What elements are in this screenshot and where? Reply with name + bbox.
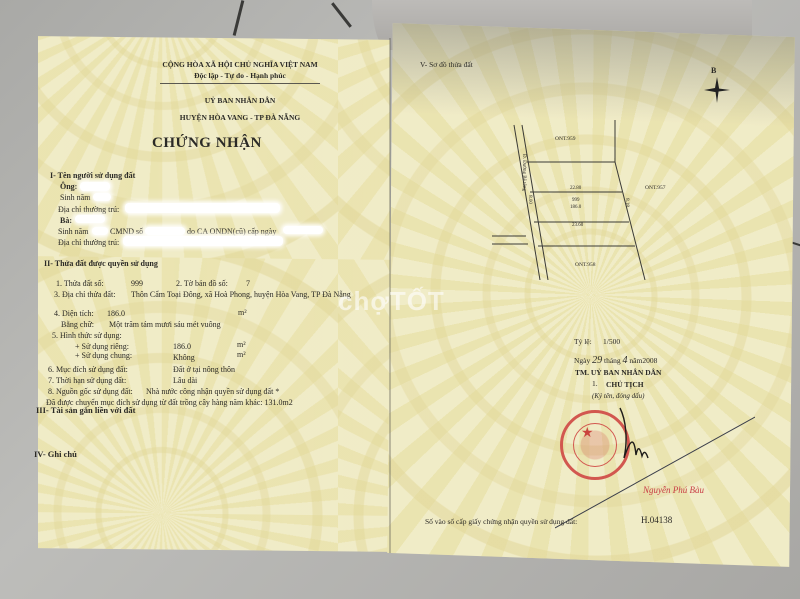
parcel-address-value: Thôn Cẩm Toại Đông, xã Hoà Phong, huyện … [131, 291, 351, 299]
registry-number: H.04138 [641, 516, 672, 525]
neighbor-parcel-north: ONT.959 [555, 137, 576, 143]
signer-prefix: 1. [592, 380, 598, 388]
id-card-label: CMND số [110, 228, 143, 236]
date-day: 29 [592, 355, 602, 366]
issue-date: Ngày 29 tháng 4 năm2008 [574, 355, 657, 366]
compass-icon [702, 77, 732, 103]
redacted-birth-year-2 [92, 227, 108, 235]
purpose-value: Đất ở tại nông thôn [173, 366, 235, 374]
national-motto: Độc lập - Tự do - Hạnh phúc [100, 72, 380, 80]
birth-year-label: Sinh năm [60, 194, 90, 202]
redacted-issue-date [283, 226, 323, 234]
section-4-heading: IV- Ghi chú [34, 450, 77, 459]
ong-label: Ông: [60, 183, 77, 191]
road-label: Đ. Đường Bê tông [521, 154, 526, 191]
parcel-diagram [490, 120, 690, 280]
redacted-name [80, 182, 110, 191]
map-sheet-label: 2. Tờ bản đồ số: [176, 280, 228, 288]
district-name: HUYỆN HÒA VANG - TP ĐÀ NẴNG [100, 114, 380, 122]
map-sheet-value: 7 [246, 280, 250, 288]
purpose-label: 6. Mục đích sử dụng đất: [48, 366, 128, 374]
redacted-address-2 [123, 236, 283, 246]
redacted-name-2 [75, 215, 105, 223]
address-label: Địa chỉ thường trú: [58, 206, 119, 214]
floor-tile-joint [331, 2, 352, 27]
shared-use-value: Không [173, 354, 195, 362]
country-name: CỘNG HÒA XÃ HỘI CHỦ NGHĨA VIỆT NAM [100, 61, 380, 69]
area-value: 186.0 [107, 310, 125, 318]
authority-name: UỶ BAN NHÂN DÂN [100, 97, 380, 105]
parcel-number-value: 999 [131, 280, 143, 288]
date-month-label: tháng [604, 356, 621, 365]
neighbor-parcel-east: ONT.957 [645, 186, 666, 192]
signer-title: CHỦ TỊCH [606, 381, 644, 389]
section-3-heading: III- Tài sản gắn liền với đất [36, 406, 136, 415]
redacted-id-number [145, 227, 185, 235]
ba-label: Bà: [60, 217, 72, 225]
bottom-edge-length: 23.60 [572, 223, 583, 228]
redacted-address [125, 203, 280, 213]
area-in-words-value: Một trăm tám mươi sáu mét vuông [109, 321, 221, 329]
parcel-area: 186.0 [570, 205, 581, 210]
signer-name: Nguyễn Phú Bàu [643, 486, 704, 495]
scale-value: 1/500 [603, 338, 620, 346]
floor-tile-joint [233, 0, 245, 36]
cancellation-line [555, 415, 755, 530]
area-in-words-label: Bằng chữ: [61, 321, 94, 329]
header-rule [160, 83, 320, 84]
date-year-label: năm [629, 356, 642, 365]
origin-label: 8. Nguồn gốc sử dụng đất: [48, 388, 133, 396]
private-use-value: 186.0 [173, 343, 191, 351]
id-card-issuer: do CA ONDN(cũ) cấp ngày [187, 228, 276, 236]
section-1-heading: I- Tên người sử dụng đất [50, 172, 135, 180]
right-edge-length: 8.18 [624, 198, 629, 207]
area-label: 4. Diện tích: [54, 310, 94, 318]
parcel-id: 999 [572, 198, 580, 203]
shared-use-unit: m² [237, 351, 246, 359]
section-5-heading: V- Sơ đồ thửa đất [420, 61, 473, 69]
section-2-heading: II- Thửa đất được quyền sử dụng [44, 260, 158, 268]
left-edge-length: 8.00 [527, 195, 532, 204]
duration-label: 7. Thời hạn sử dụng đất: [48, 377, 126, 385]
scale-label: Tỷ lệ: [574, 338, 592, 346]
birth-year-label-2: Sinh năm [58, 228, 88, 236]
date-month: 4 [623, 355, 628, 366]
photo-scene: CỘNG HÒA XÃ HỘI CHỦ NGHĨA VIỆT NAM Độc l… [0, 0, 800, 599]
signer-note: (Ký tên, đóng dấu) [592, 393, 645, 400]
neighbor-parcel-south: ONT.958 [575, 263, 596, 269]
shared-use-label: + Sử dụng chung: [75, 352, 132, 360]
area-unit: m² [238, 309, 247, 317]
signer-organization: TM. UỶ BAN NHÂN DÂN [575, 369, 661, 377]
compass-north-label: B [711, 67, 716, 75]
registry-label: Số vào sổ cấp giấy chứng nhận quyền sử d… [425, 518, 577, 526]
redacted-birth-year [93, 193, 111, 201]
parcel-number-label: 1. Thửa đất số: [56, 280, 104, 288]
certificate-title: CHỨNG NHẬN [152, 136, 262, 151]
date-day-label: Ngày [574, 356, 590, 365]
top-edge-length: 22.80 [570, 186, 581, 191]
usage-form-label: 5. Hình thức sử dụng: [52, 332, 122, 340]
duration-value: Lâu dài [173, 377, 197, 385]
date-year: 2008 [642, 356, 657, 365]
parcel-address-label: 3. Địa chỉ thửa đất: [54, 291, 115, 299]
private-use-unit: m² [237, 341, 246, 349]
origin-value: Nhà nước công nhận quyền sử dụng đất * [146, 388, 279, 396]
private-use-label: + Sử dụng riêng: [75, 343, 129, 351]
marketplace-watermark: chợTỐT [338, 286, 445, 317]
address-label-2: Địa chỉ thường trú: [58, 239, 119, 247]
